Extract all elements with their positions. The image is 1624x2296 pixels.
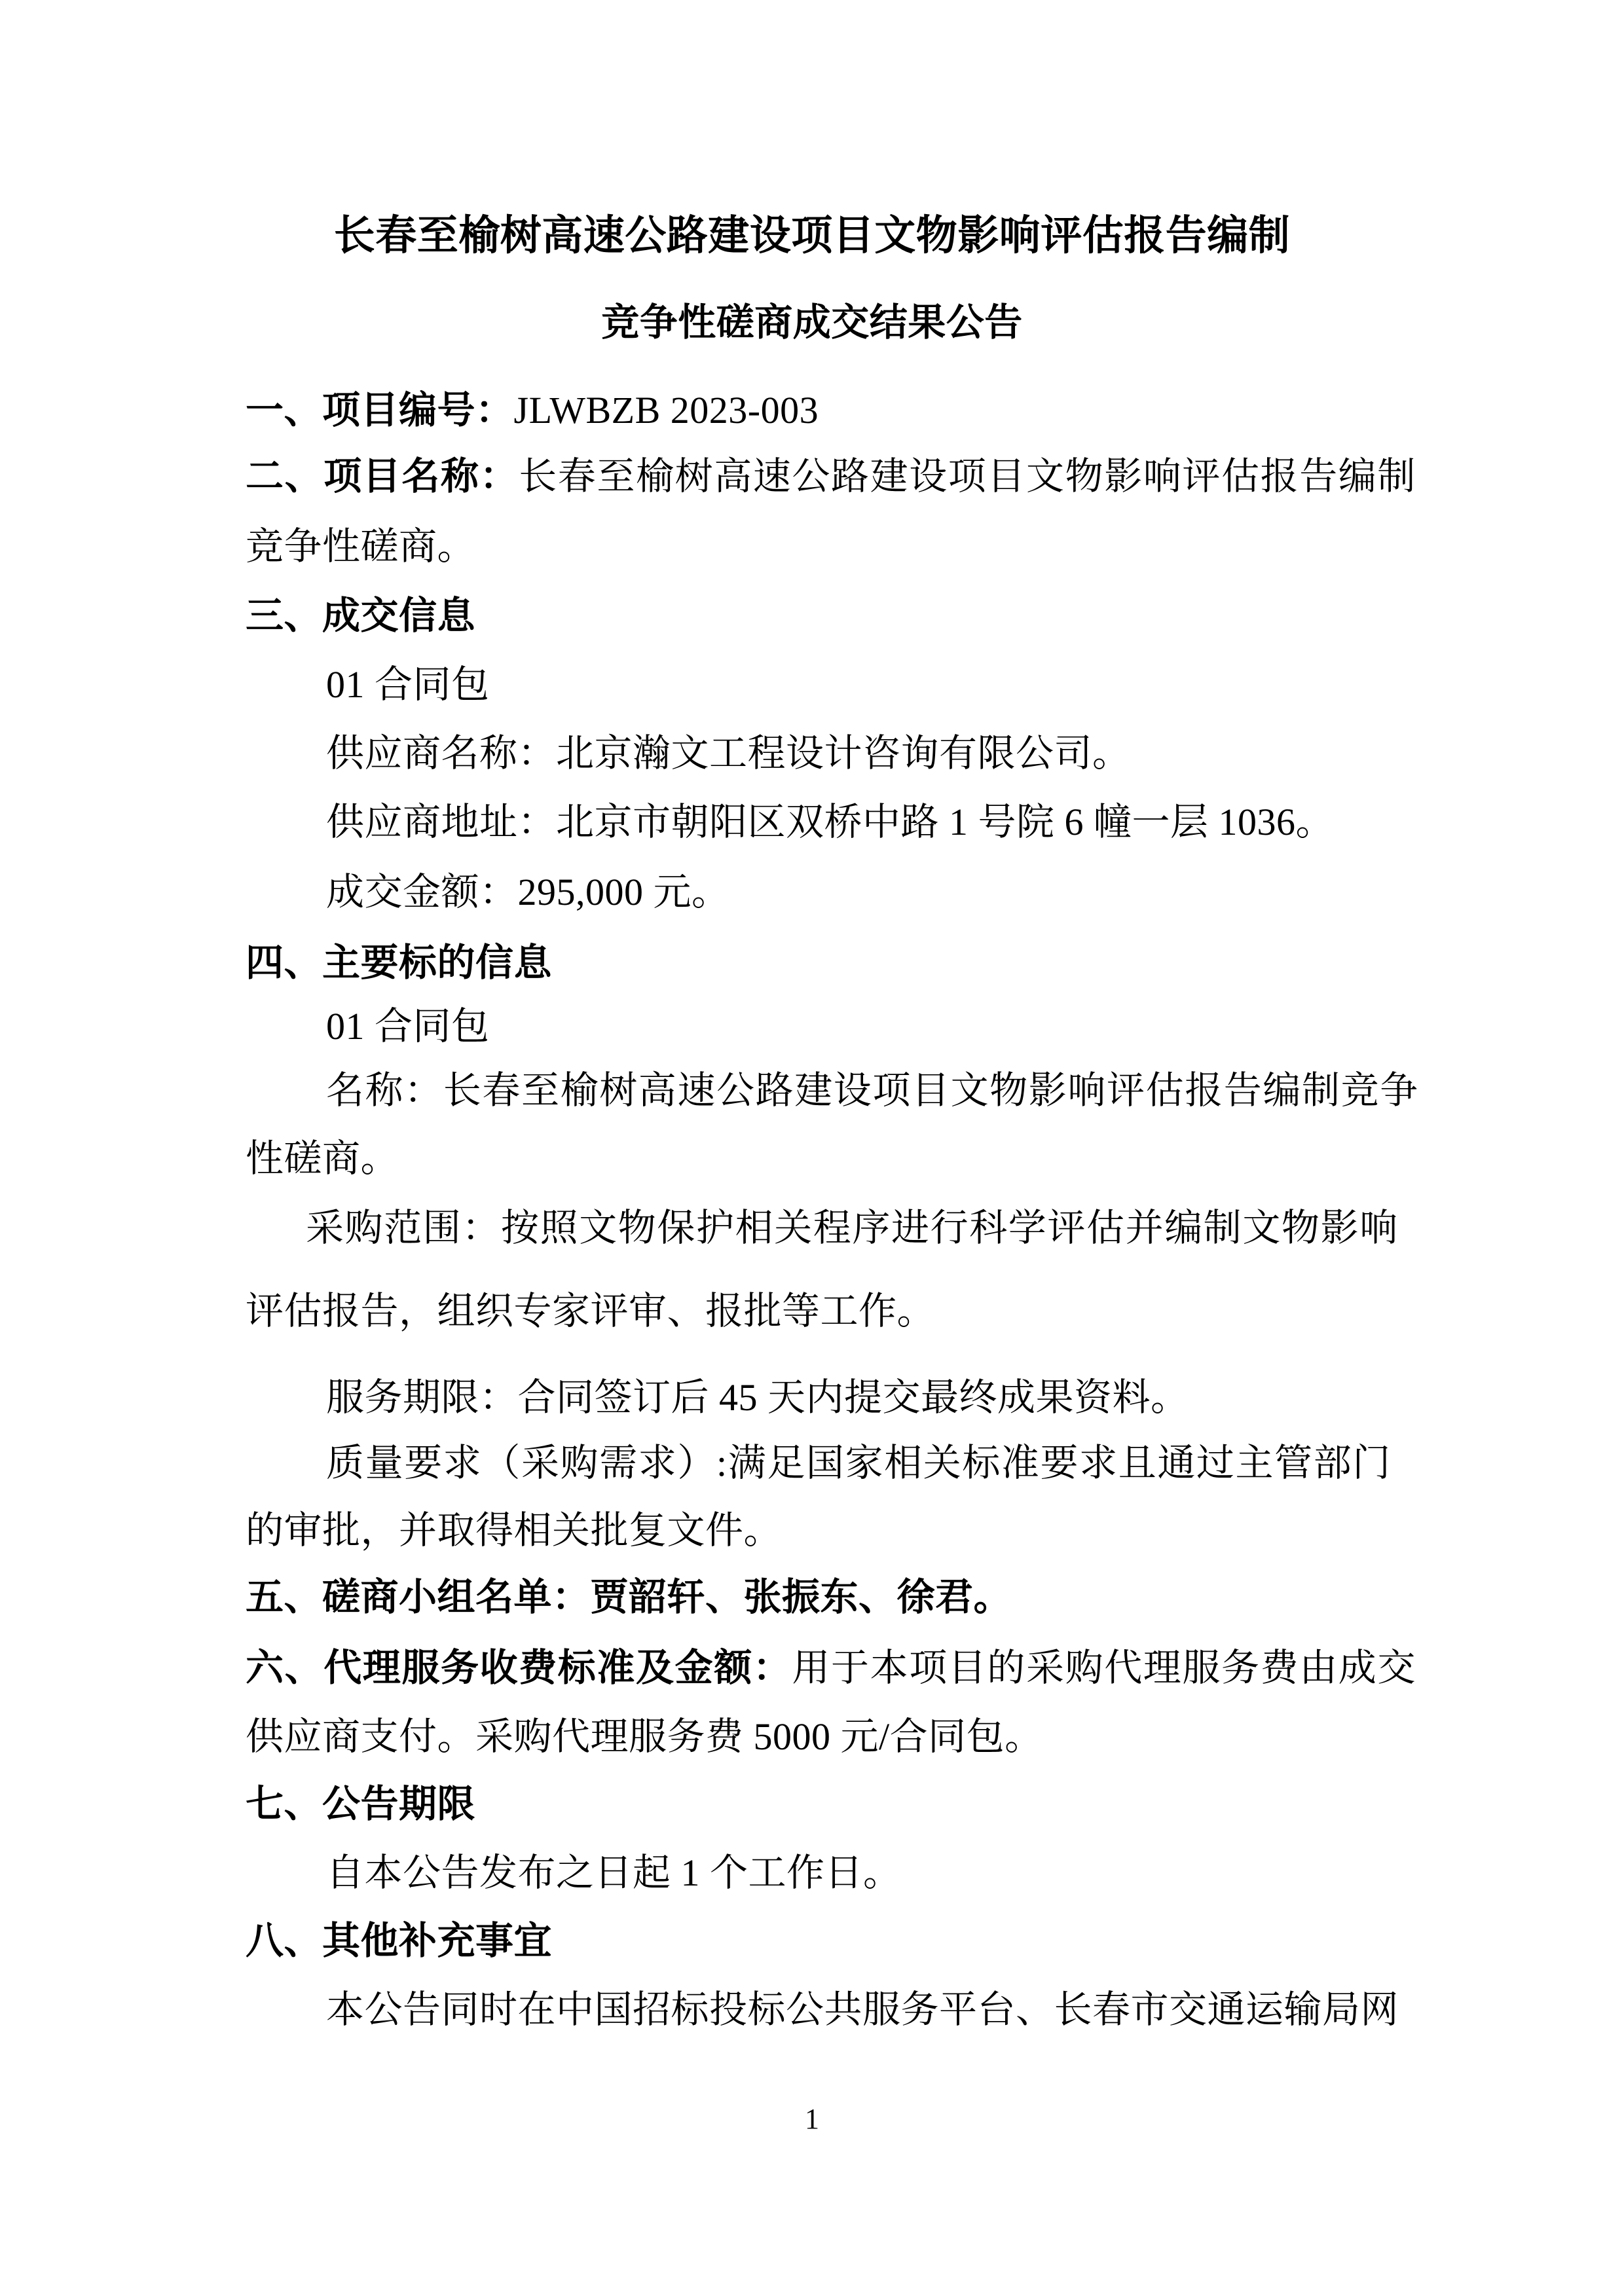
section-2-heading: 二、项目名称： [246, 455, 519, 498]
agency-fee-value: 用于本项目的采购代理服务费由成交 [792, 1647, 1416, 1689]
subject-name-line1: 名称：长春至榆树高速公路建设项目文物影响评估报告编制竞争 [326, 1072, 1419, 1110]
contract-package-1: 01 合同包 [326, 666, 490, 704]
procurement-scope-line2: 评估报告，组织专家评审、报批等工作。 [246, 1292, 935, 1330]
subject-name-line2: 性磋商。 [246, 1140, 399, 1178]
section-5-heading-panel-members: 五、磋商小组名单：贾韶轩、张振东、徐君。 [246, 1578, 1012, 1616]
project-name-value: 长春至榆树高速公路建设项目文物影响评估报告编制 [519, 455, 1416, 498]
quality-requirement-line1: 质量要求（采购需求）:满足国家相关标准要求且通过主管部门 [326, 1444, 1392, 1482]
section-4-heading: 四、主要标的信息 [246, 944, 552, 982]
document-title-line1: 长春至榆树高速公路建设项目文物影响评估报告编制 [0, 215, 1624, 257]
supplier-name-line: 供应商名称：北京瀚文工程设计咨询有限公司。 [326, 735, 1131, 773]
section-6-agency-fee-line: 六、代理服务收费标准及金额：用于本项目的采购代理服务费由成交 [246, 1649, 1416, 1687]
supplier-address-line: 供应商地址：北京市朝阳区双桥中路 1 号院 6 幢一层 1036。 [326, 803, 1334, 841]
project-name-continuation: 竞争性磋商。 [246, 528, 475, 566]
section-8-heading: 八、其他补充事宜 [246, 1922, 552, 1960]
document-title-line2: 竞争性磋商成交结果公告 [0, 304, 1624, 342]
section-3-heading: 三、成交信息 [246, 597, 475, 635]
deal-amount-line: 成交金额：295,000 元。 [326, 873, 730, 911]
agency-fee-continuation: 供应商支付。采购代理服务费 5000 元/合同包。 [246, 1718, 1043, 1756]
section-1-project-number-line: 一、项目编号：JLWBZB 2023-003 [246, 392, 819, 429]
quality-requirement-line2: 的审批，并取得相关批复文件。 [246, 1512, 782, 1550]
procurement-scope-line1: 采购范围：按照文物保护相关程序进行科学评估并编制文物影响 [306, 1209, 1399, 1247]
service-term-line: 服务期限：合同签订后 45 天内提交最终成果资料。 [326, 1379, 1189, 1417]
section-1-heading: 一、项目编号： [246, 389, 514, 431]
section-7-heading: 七、公告期限 [246, 1785, 475, 1823]
document-page: 长春至榆树高速公路建设项目文物影响评估报告编制 竞争性磋商成交结果公告 一、项目… [0, 0, 1624, 2296]
section-2-project-name-line: 二、项目名称：长春至榆树高速公路建设项目文物影响评估报告编制 [246, 458, 1416, 496]
section-6-heading: 六、代理服务收费标准及金额： [246, 1647, 792, 1689]
project-number-value: JLWBZB 2023-003 [514, 389, 819, 431]
page-number: 1 [0, 2105, 1624, 2134]
announcement-period-line: 自本公告发布之日起 1 个工作日。 [326, 1854, 902, 1892]
contract-package-2: 01 合同包 [326, 1008, 490, 1046]
supplementary-info-line: 本公告同时在中国招标投标公共服务平台、长春市交通运输局网 [326, 1991, 1399, 2029]
